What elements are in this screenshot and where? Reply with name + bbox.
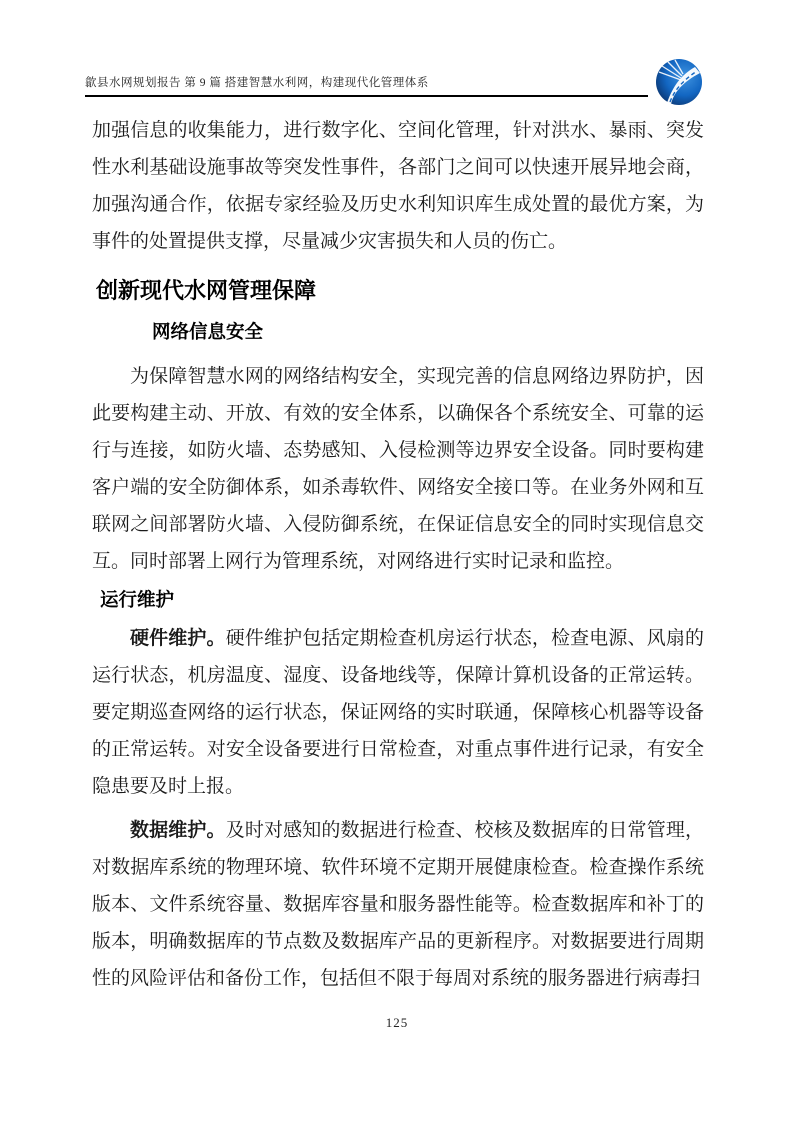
page-number: 125 [386, 1015, 409, 1030]
data-maintenance-lead: 数据维护。 [130, 820, 226, 841]
page-footer: 125 [0, 1014, 794, 1032]
hardware-maintenance-text: 硬件维护包括定期检查机房运行状态，检查电源、风扇的运行状态，机房温度、湿度、设备… [92, 628, 704, 797]
paragraph-hardware-maintenance: 硬件维护。硬件维护包括定期检查机房运行状态，检查电源、风扇的运行状态，机房温度、… [92, 620, 704, 805]
document-body: 加强信息的收集能力，进行数字化、空间化管理，针对洪水、暴雨、突发性水利基础设施事… [92, 112, 704, 997]
paragraph-network-security: 为保障智慧水网的网络结构安全，实现完善的信息网络边界防护，因此要构建主动、开放、… [92, 358, 704, 580]
globe-logo-icon [655, 58, 703, 106]
sub-heading-network-security: 网络信息安全 [152, 321, 704, 345]
section-heading-management: 创新现代水网管理保障 [96, 277, 704, 305]
page-header: 歙县水网规划报告 第 9 篇 搭建智慧水利网，构建现代化管理体系 [85, 74, 648, 97]
hardware-maintenance-lead: 硬件维护。 [130, 628, 226, 649]
paragraph-intro: 加强信息的收集能力，进行数字化、空间化管理，针对洪水、暴雨、突发性水利基础设施事… [92, 112, 704, 260]
water-network-globe-logo [655, 58, 703, 106]
paragraph-data-maintenance: 数据维护。及时对感知的数据进行检查、校核及数据库的日常管理，对数据库系统的物理环… [92, 812, 704, 997]
document-page: 歙县水网规划报告 第 9 篇 搭建智慧水利网，构建现代化管理体系 [0, 0, 794, 1122]
header-title: 歙县水网规划报告 第 9 篇 搭建智慧水利网，构建现代化管理体系 [85, 74, 648, 90]
sub-heading-operation-maintenance: 运行维护 [100, 589, 704, 613]
data-maintenance-text: 及时对感知的数据进行检查、校核及数据库的日常管理，对数据库系统的物理环境、软件环… [92, 820, 704, 989]
